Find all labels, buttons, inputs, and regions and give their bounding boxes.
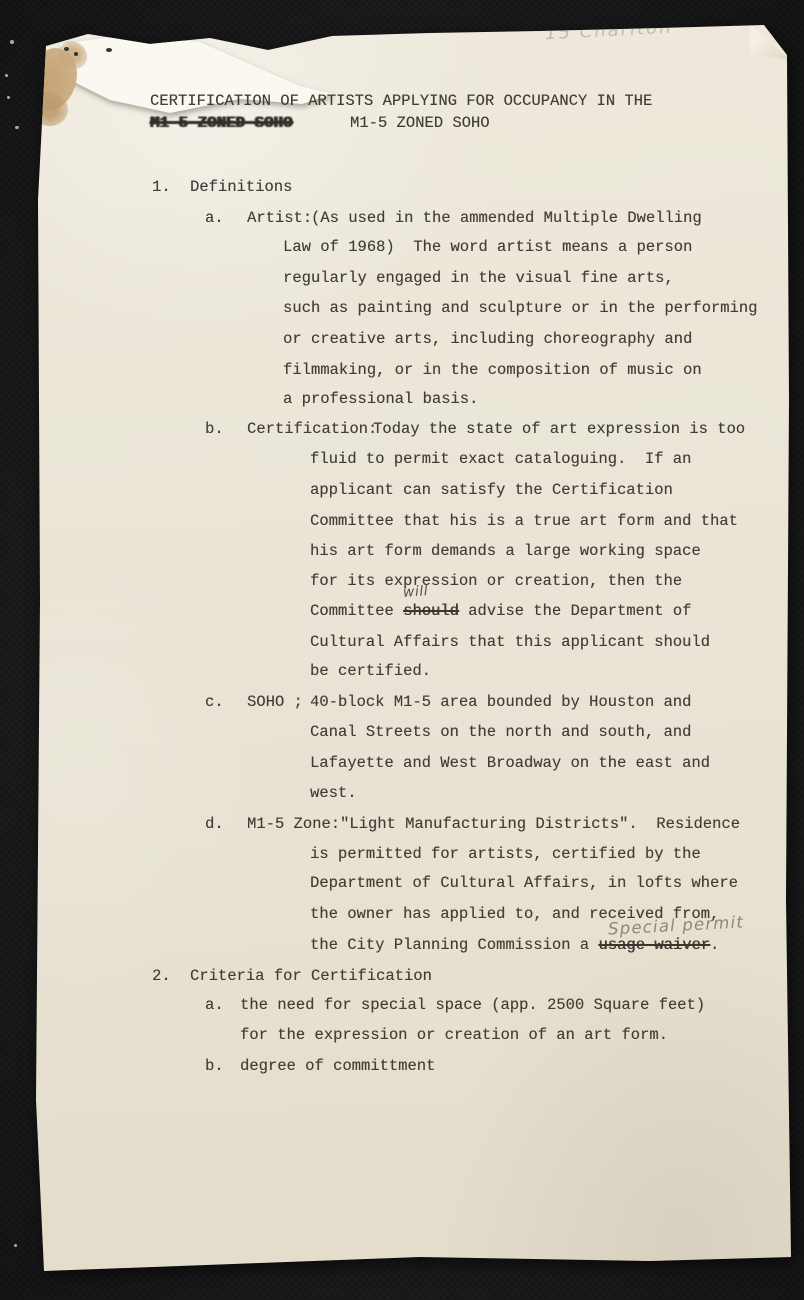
- typed-segment: advise the Department of: [459, 602, 692, 620]
- typed-line: Lafayette and West Broadway on the east …: [0, 754, 804, 785]
- typed-text: Department of Cultural Affairs, in lofts…: [310, 874, 738, 892]
- typed-line: be certified.: [0, 662, 804, 693]
- typed-line: Committee that his is a true art form an…: [0, 512, 804, 543]
- item-term: Certification:: [247, 420, 377, 438]
- item-label: a.: [205, 996, 224, 1014]
- typed-text: for its expression or creation, then the: [310, 572, 682, 590]
- item-label: c.: [205, 693, 224, 711]
- typed-text: (As used in the ammended Multiple Dwelli…: [311, 209, 702, 227]
- typed-text: or creative arts, including choreography…: [283, 330, 692, 348]
- typed-text: the City Planning Commission a usage wai…: [310, 936, 719, 954]
- typed-text: "Light Manufacturing Districts". Residen…: [340, 815, 740, 833]
- typed-line: the City Planning Commission a usage wai…: [0, 936, 804, 967]
- typed-text: is permitted for artists, certified by t…: [310, 845, 701, 863]
- typed-line: d.M1-5 Zone:"Light Manufacturing Distric…: [0, 815, 804, 846]
- typed-segment: Committee: [310, 602, 403, 620]
- typed-line: or creative arts, including choreography…: [0, 330, 804, 361]
- typed-text: his art form demands a large working spa…: [310, 542, 701, 560]
- typed-text: for the expression or creation of an art…: [240, 1026, 668, 1044]
- typed-line: applicant can satisfy the Certification: [0, 481, 804, 512]
- typed-line: a professional basis.: [0, 390, 804, 421]
- typed-text: a professional basis.: [283, 390, 478, 408]
- typed-text: degree of committment: [240, 1057, 435, 1075]
- struck-word: shouldwill: [403, 602, 459, 620]
- typed-line: such as painting and sculpture or in the…: [0, 299, 804, 330]
- typed-line: regularly engaged in the visual fine art…: [0, 269, 804, 300]
- typed-line: a.the need for special space (app. 2500 …: [0, 996, 804, 1027]
- typed-text: Cultural Affairs that this applicant sho…: [310, 633, 710, 651]
- typed-segment: .: [710, 936, 719, 954]
- typed-text: Law of 1968) The word artist means a per…: [283, 238, 692, 256]
- handwritten-correction: will: [402, 583, 428, 601]
- struck-word: usage waiverSpecial permit: [598, 936, 710, 954]
- item-label: d.: [205, 815, 224, 833]
- typed-line: b.degree of committment: [0, 1057, 804, 1088]
- document-page-wrap: 15 Charlton CERTIFICATION OF ARTISTS APP…: [0, 0, 804, 1300]
- typed-text: applicant can satisfy the Certification: [310, 481, 673, 499]
- item-term: Artist:: [247, 209, 312, 227]
- typed-segment: the City Planning Commission a: [310, 936, 598, 954]
- item-term: M1-5 Zone:: [247, 815, 340, 833]
- section-number: 2.: [152, 967, 171, 985]
- typed-text: such as painting and sculpture or in the…: [283, 299, 757, 317]
- document-page: 15 Charlton CERTIFICATION OF ARTISTS APP…: [0, 0, 804, 1300]
- typed-text: fluid to permit exact cataloguing. If an: [310, 450, 691, 468]
- typed-line: fluid to permit exact cataloguing. If an: [0, 450, 804, 481]
- typed-line: a.Artist:(As used in the ammended Multip…: [0, 209, 804, 240]
- section-heading: 2.Criteria for Certification: [0, 967, 804, 998]
- typed-text: Committee that his is a true art form an…: [310, 512, 738, 530]
- section-title: Definitions: [190, 178, 292, 196]
- typed-text: Today the state of art expression is too: [373, 420, 745, 438]
- typed-line: b.Certification:Today the state of art e…: [0, 420, 804, 451]
- section-number: 1.: [152, 178, 171, 196]
- item-label: b.: [205, 1057, 224, 1075]
- typed-line: is permitted for artists, certified by t…: [0, 845, 804, 876]
- typed-text: Committee shouldwill advise the Departme…: [310, 602, 691, 620]
- item-term: SOHO ;: [247, 693, 303, 711]
- typed-line: Law of 1968) The word artist means a per…: [0, 238, 804, 269]
- typed-line: for the expression or creation of an art…: [0, 1026, 804, 1057]
- typed-line: west.: [0, 784, 804, 815]
- typed-text: Canal Streets on the north and south, an…: [310, 723, 691, 741]
- typed-line: Department of Cultural Affairs, in lofts…: [0, 874, 804, 905]
- typed-text: the need for special space (app. 2500 Sq…: [240, 996, 705, 1014]
- typed-line: Committee shouldwill advise the Departme…: [0, 602, 804, 633]
- typed-text: regularly engaged in the visual fine art…: [283, 269, 674, 287]
- typed-line: his art form demands a large working spa…: [0, 542, 804, 573]
- typed-text: west.: [310, 784, 357, 802]
- scan-background: 15 Charlton CERTIFICATION OF ARTISTS APP…: [0, 0, 804, 1300]
- document-body: 1.Definitionsa.Artist:(As used in the am…: [0, 0, 804, 1300]
- typed-line: filmmaking, or in the composition of mus…: [0, 361, 804, 392]
- section-title: Criteria for Certification: [190, 967, 432, 985]
- section-heading: 1.Definitions: [0, 178, 804, 209]
- typed-line: Cultural Affairs that this applicant sho…: [0, 633, 804, 664]
- typed-line: c.SOHO ;40-block M1-5 area bounded by Ho…: [0, 693, 804, 724]
- typed-text: filmmaking, or in the composition of mus…: [283, 361, 702, 379]
- typed-text: 40-block M1-5 area bounded by Houston an…: [310, 693, 691, 711]
- typed-text: Lafayette and West Broadway on the east …: [310, 754, 710, 772]
- item-label: a.: [205, 209, 224, 227]
- typed-line: Canal Streets on the north and south, an…: [0, 723, 804, 754]
- item-label: b.: [205, 420, 224, 438]
- typed-text: be certified.: [310, 662, 431, 680]
